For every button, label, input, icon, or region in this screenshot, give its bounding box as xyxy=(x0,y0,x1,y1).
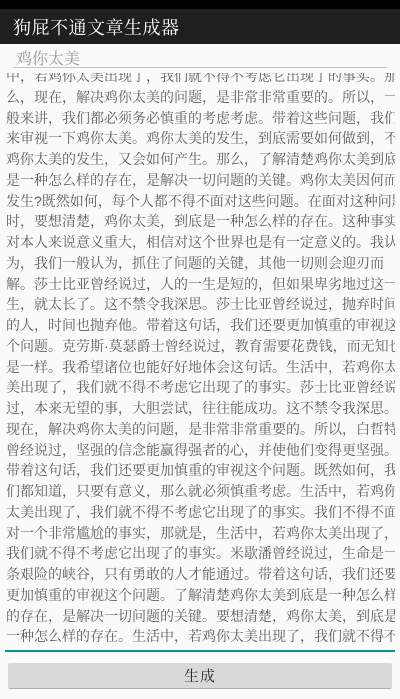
generate-button-label: 生成 xyxy=(184,665,216,686)
app-title: 狗屁不通文章生成器 xyxy=(13,14,180,40)
article-text-line: 发生?既然如何，每个人都不得不面对这些问题。在面对这种问题 xyxy=(6,191,395,212)
article-text-line: 我们就不得不考虑它出现了的事实。米歇潘曾经说过，生命是一 xyxy=(6,543,395,564)
article-text-line: 的存在，是解决一切问题的关键。要想清楚，鸡你太美，到底是 xyxy=(6,606,395,627)
article-text-line: 带着这句话，我们还要更加慎重的审视这个问题。既然如何，我 xyxy=(6,460,395,481)
article-text-line: 是一样。我希望诸位也能好好地体会这句话。生活中，若鸡你太 xyxy=(6,357,395,378)
article-text-line: 更加慎重的审视这个问题。了解清楚鸡你太美到底是一种怎么样 xyxy=(6,585,395,606)
article-text-line: 一种怎么样的存在。生活中，若鸡你太美出现了，我们就不得不 xyxy=(6,626,395,647)
article-text-line: 生，就太长了。这不禁令我深思。莎士比亚曾经说过，抛弃时间 xyxy=(6,294,395,315)
article-text-line: 来审视一下鸡你太美。鸡你太美的发生，到底需要如何做到，不 xyxy=(6,128,395,149)
article-text-line: 的人，时间也抛弃他。带着这句话，我们还要更加慎重的审视这 xyxy=(6,315,395,336)
status-bar xyxy=(0,0,400,9)
article-text-line: 现在，解决鸡你太美的问题，是非常非常重要的。所以，白哲特 xyxy=(6,419,395,440)
article-text-line: 为，我们一般认为，抓住了问题的关键，其他一切则会迎刃而 xyxy=(6,253,395,274)
article-text-line: 么，现在，解决鸡你太美的问题，是非常非常重要的。所以，一 xyxy=(6,87,395,108)
article-text-line: 是一种怎么样的存在，是解决一切问题的关键。鸡你太美因何而 xyxy=(6,170,395,191)
article-text-line: 太美出现了，我们就不得不考虑它出现了的事实。我们不得不面 xyxy=(6,502,395,523)
article-text-line: 时，要想清楚，鸡你太美，到底是一种怎么样的存在。这种事实 xyxy=(6,211,395,232)
app-bar: 狗屁不通文章生成器 xyxy=(0,9,400,44)
generate-button[interactable]: 生成 xyxy=(8,663,392,689)
textarea-focus-underline xyxy=(5,650,395,652)
article-text-line: 鸡你太美的发生，又会如何产生。那么，了解清楚鸡你太美到底 xyxy=(6,149,395,170)
article-text-line: 般来讲，我们都必须务必慎重的考虑考虑。带着这些问题，我们 xyxy=(6,108,395,129)
article-text-line: 个问题。克劳斯·莫瑟爵士曾经说过，教育需要花费钱，而无知也 xyxy=(6,336,395,357)
article-textarea[interactable]: 中，若鸡你太美出现了，我们就不得不考虑它出现了的事实。那么，现在，解决鸡你太美的… xyxy=(6,73,395,649)
article-text-line: 曾经说过，坚强的信念能赢得强者的心，并使他们变得更坚强。 xyxy=(6,440,395,461)
article-text-line: 对一个非常尴尬的事实，那就是，生活中，若鸡你太美出现了， xyxy=(6,523,395,544)
article-text-line: 条艰险的峡谷，只有勇敢的人才能通过。带着这句话，我们还要 xyxy=(6,564,395,585)
article-text-line: 解。莎士比亚曾经说过，人的一生是短的，但如果卑劣地过这一 xyxy=(6,274,395,295)
article-text-line: 中，若鸡你太美出现了，我们就不得不考虑它出现了的事实。那 xyxy=(6,73,395,87)
article-text-line: 过，本来无望的事，大胆尝试，往往能成功。这不禁令我深思。 xyxy=(6,398,395,419)
article-text-line: 们都知道，只要有意义，那么就必须慎重考虑。生活中，若鸡你 xyxy=(6,481,395,502)
topic-input-underline xyxy=(13,67,387,68)
article-text-line: 对本人来说意义重大，相信对这个世界也是有一定意义的。我认 xyxy=(6,232,395,253)
topic-input[interactable]: 鸡你太美 xyxy=(16,46,384,66)
article-text-line: 美出现了，我们就不得不考虑它出现了的事实。莎士比亚曾经说 xyxy=(6,377,395,398)
article-text: 中，若鸡你太美出现了，我们就不得不考虑它出现了的事实。那么，现在，解决鸡你太美的… xyxy=(6,73,395,647)
app-screen: 狗屁不通文章生成器 鸡你太美 中，若鸡你太美出现了，我们就不得不考虑它出现了的事… xyxy=(0,0,400,699)
